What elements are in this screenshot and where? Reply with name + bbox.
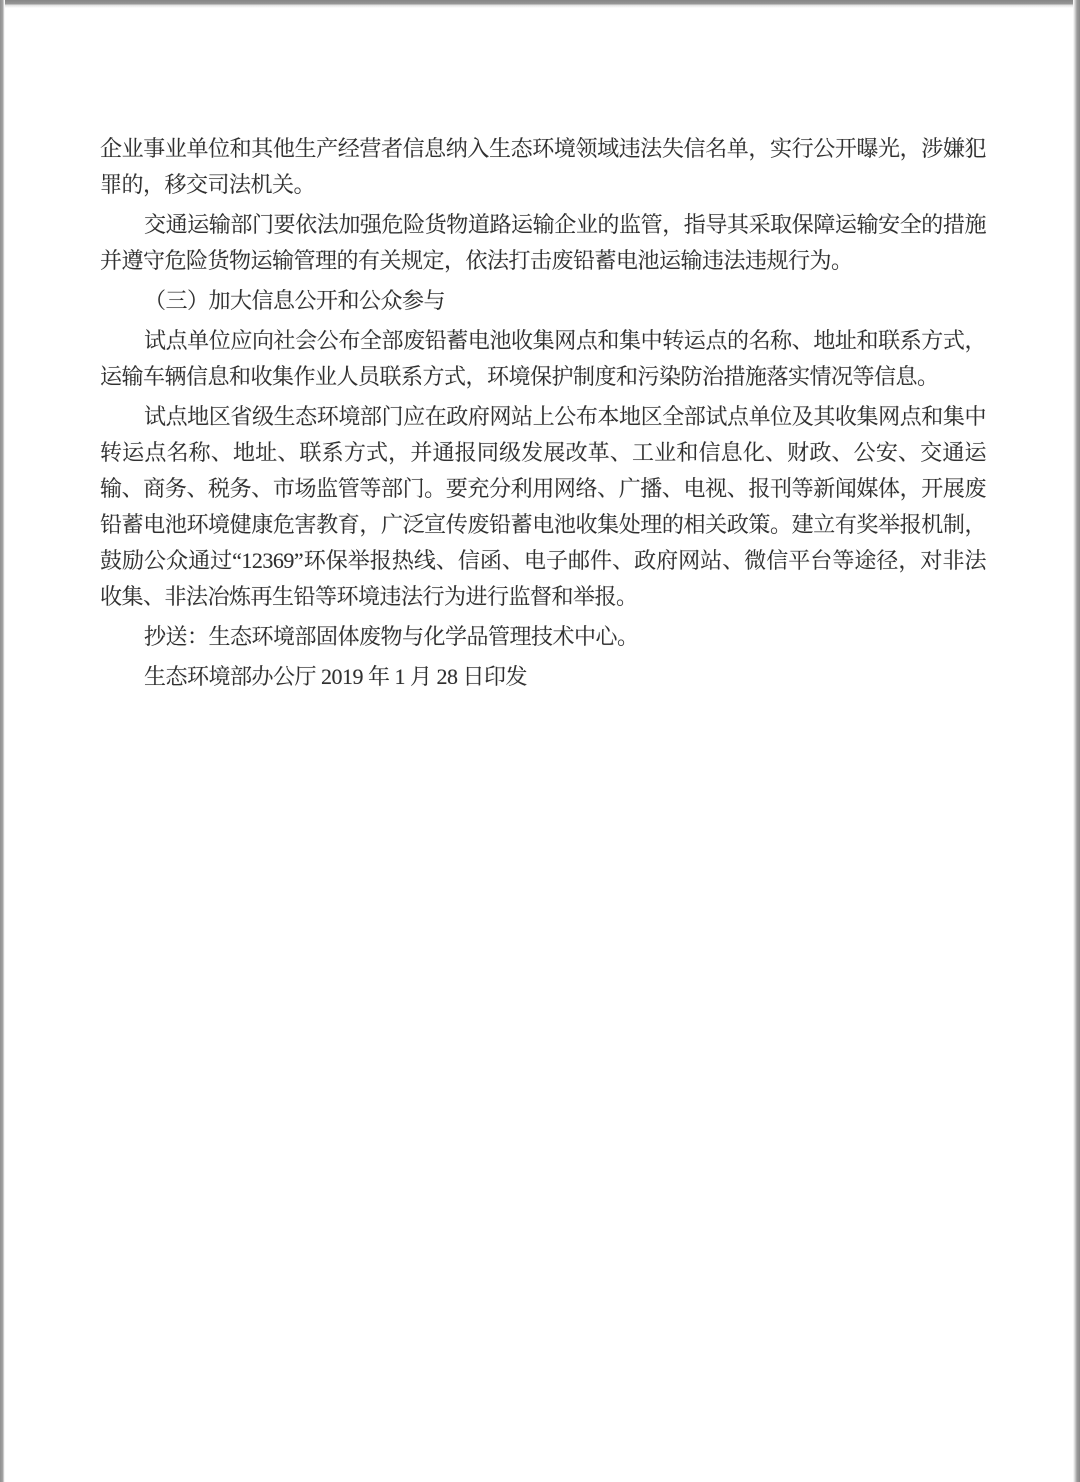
page-edge-left: [0, 0, 5, 1482]
paragraph-transport-supervision: 交通运输部门要依法加强危险货物道路运输企业的监管，指导其采取保障运输安全的措施并…: [100, 207, 986, 279]
paragraph-continuation: 企业事业单位和其他生产经营者信息纳入生态环境领域违法失信名单，实行公开曝光，涉嫌…: [100, 131, 986, 203]
paragraph-provincial-disclosure: 试点地区省级生态环境部门应在政府网站上公布本地区全部试点单位及其收集网点和集中转…: [100, 399, 986, 615]
section-heading: （三）加大信息公开和公众参与: [100, 283, 986, 319]
page-edge-right: [1073, 0, 1080, 1482]
document-text-block: 企业事业单位和其他生产经营者信息纳入生态环境领域违法失信名单，实行公开曝光，涉嫌…: [100, 0, 986, 699]
paragraph-pilot-unit-disclosure: 试点单位应向社会公布全部废铅蓄电池收集网点和集中转运点的名称、地址和联系方式，运…: [100, 323, 986, 395]
document-viewer: 企业事业单位和其他生产经营者信息纳入生态环境领域违法失信名单，实行公开曝光，涉嫌…: [0, 0, 1080, 1482]
cc-line: 抄送：生态环境部固体废物与化学品管理技术中心。: [100, 619, 986, 655]
issuance-line: 生态环境部办公厅 2019 年 1 月 28 日印发: [100, 659, 986, 695]
